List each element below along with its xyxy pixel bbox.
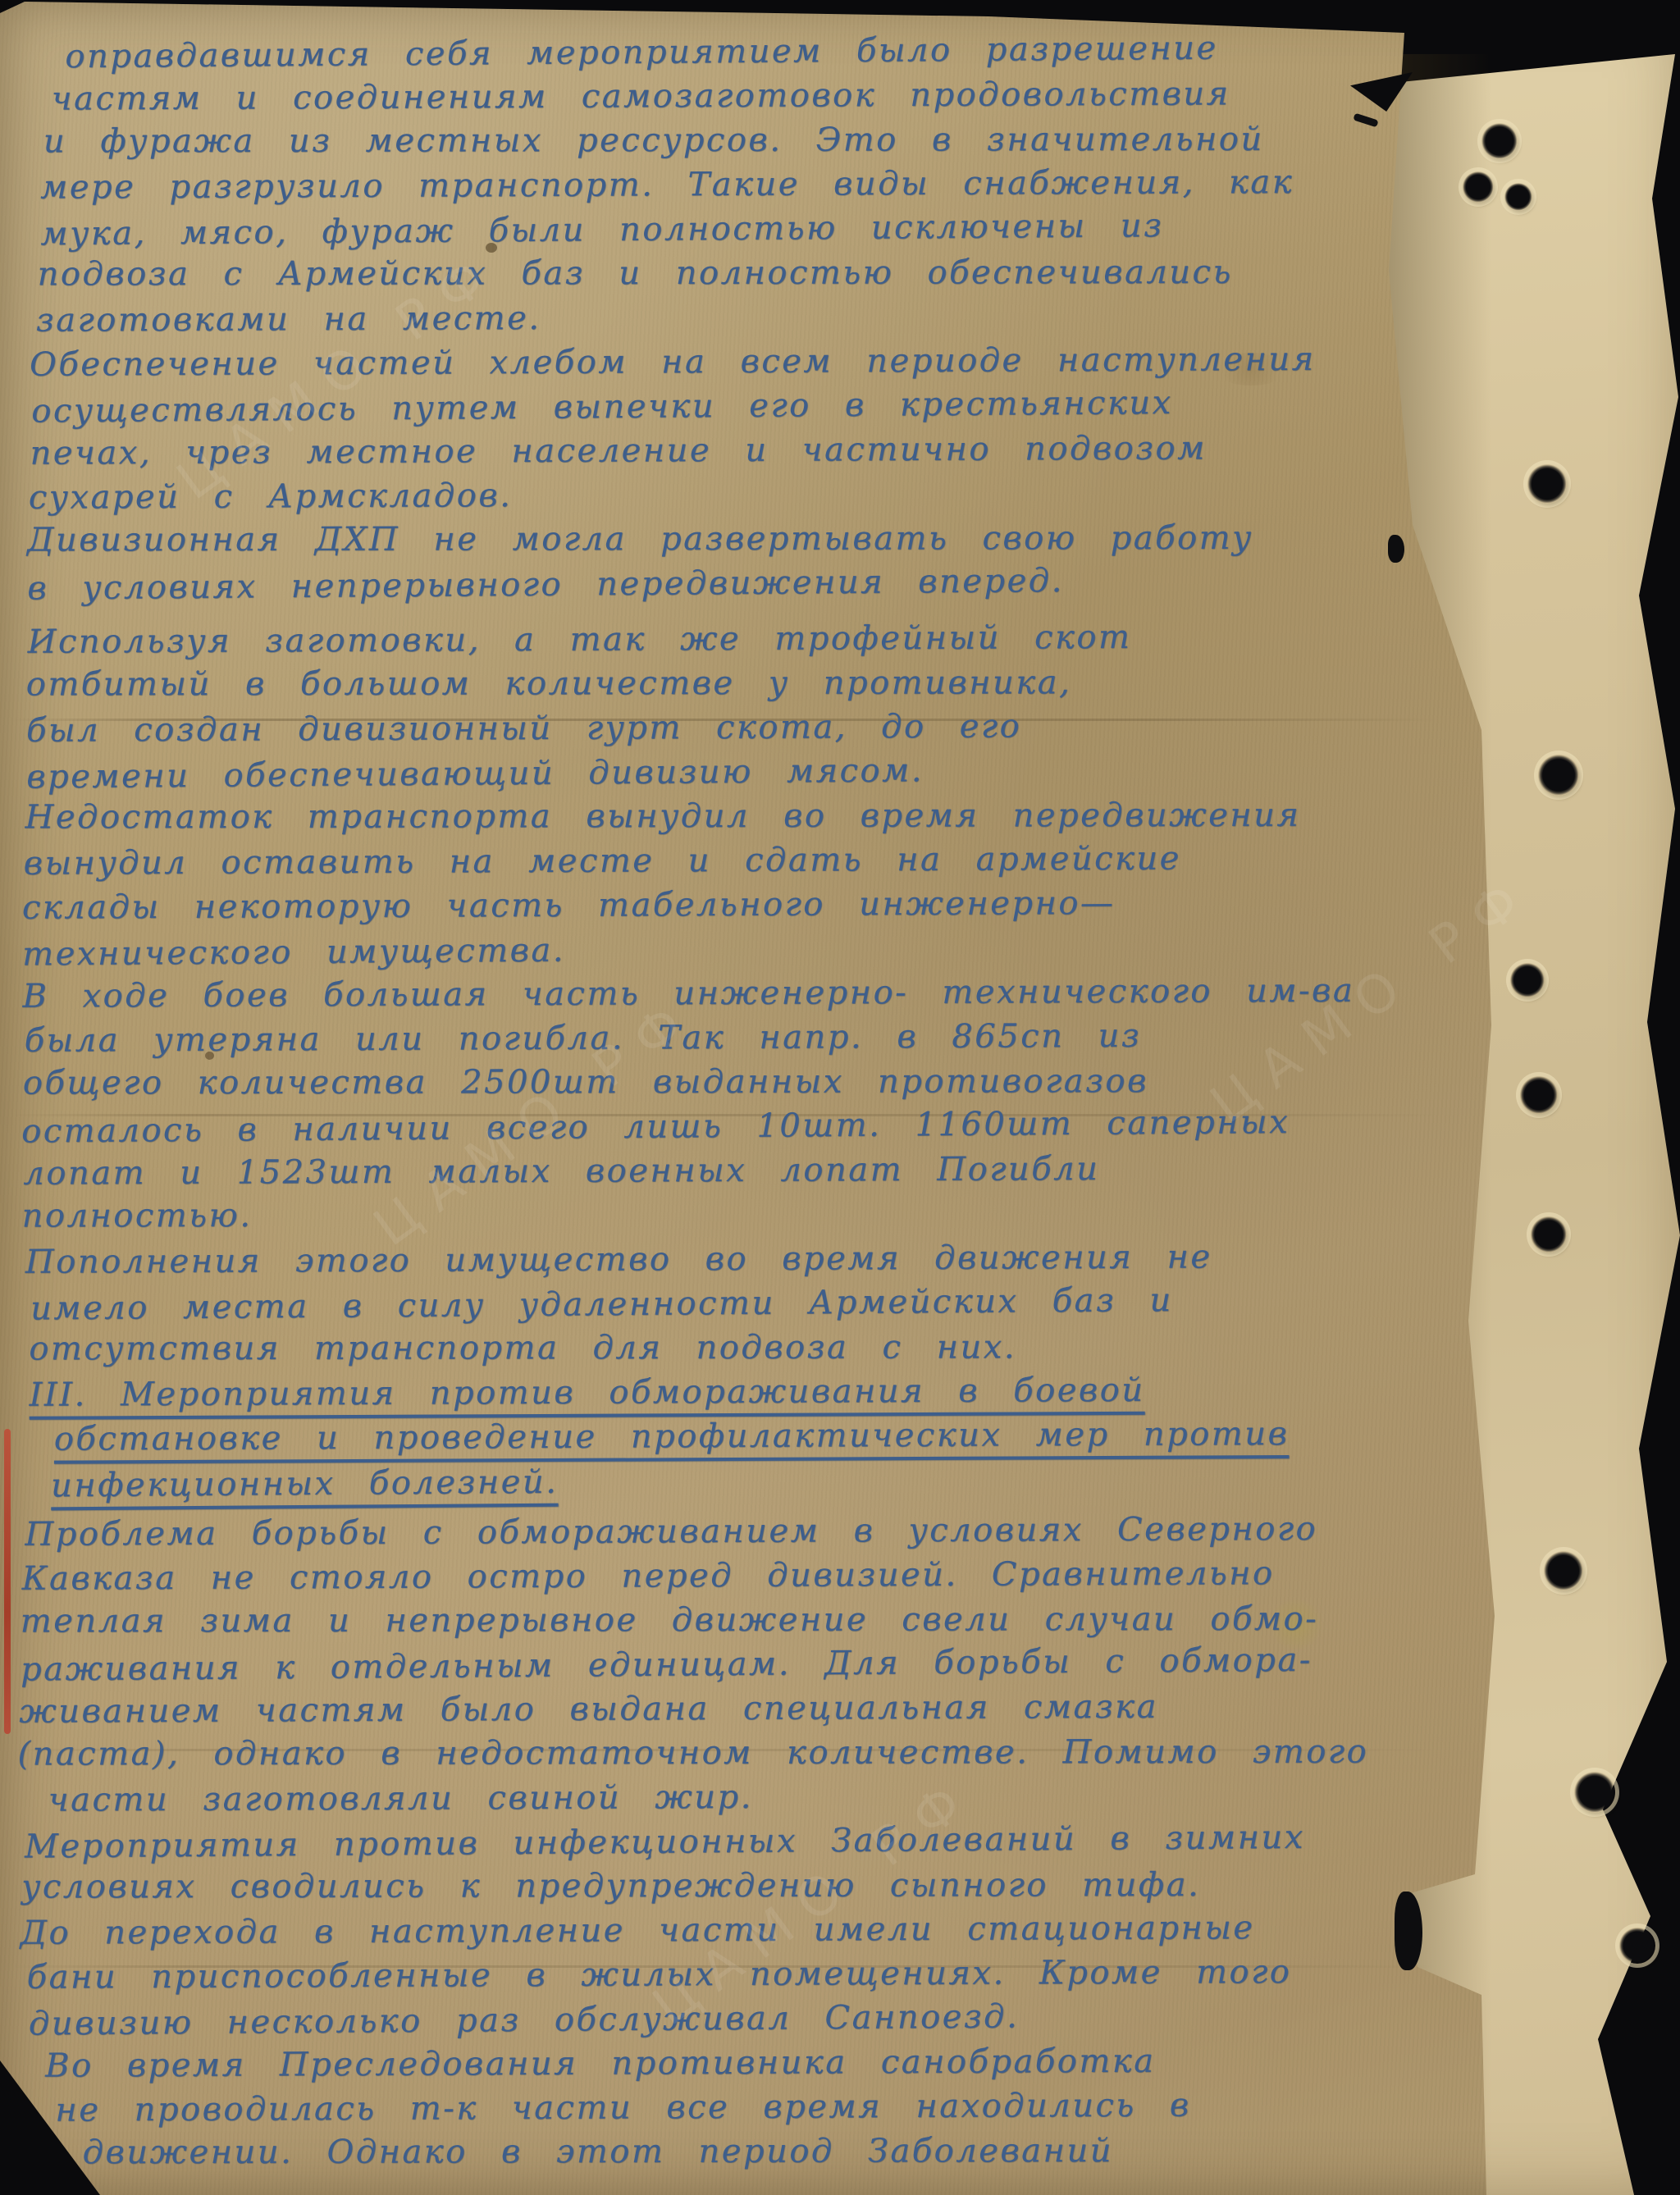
handwritten-line: не проводилась т-к части все время наход… bbox=[55, 2082, 1464, 2132]
handwritten-line: Мероприятия против инфекционных Заболева… bbox=[25, 1814, 1463, 1869]
handwritten-line: вынудил оставить на месте и сдать на арм… bbox=[24, 835, 1459, 886]
handwritten-line: До перехода в наступление части имели ст… bbox=[20, 1905, 1463, 1955]
binder-hole bbox=[1531, 1216, 1567, 1253]
handwritten-line: Используя заготовки, а так же трофейный … bbox=[27, 614, 1458, 664]
handwritten-line: частям и соединениям самозаготовок продо… bbox=[52, 71, 1456, 121]
handwritten-line: имело места в силу удаленности Армейских… bbox=[30, 1275, 1461, 1330]
handwritten-line: движении. Однако в этот период Заболеван… bbox=[83, 2128, 1465, 2174]
binder-hole bbox=[1527, 464, 1567, 504]
handwritten-line: В ходе боев большая часть инженерно- тех… bbox=[22, 968, 1459, 1019]
binder-hole bbox=[1538, 755, 1579, 796]
handwritten-line: заготовками на месте. bbox=[36, 292, 1457, 343]
edge-tear bbox=[1395, 1892, 1422, 1970]
binder-hole bbox=[1544, 1551, 1583, 1590]
handwritten-line: мука, мясо, фураж были полностью исключе… bbox=[40, 201, 1456, 256]
handwritten-line: печах, чрез местное население и частично… bbox=[30, 425, 1457, 476]
handwritten-line: времени обеспечивающий дивизию мясом. bbox=[26, 744, 1459, 799]
handwritten-line: Недостаток транспорта вынудил во время п… bbox=[25, 792, 1459, 839]
handwritten-line: общего количества 2500шт выданных против… bbox=[23, 1058, 1460, 1105]
handwritten-line: инфекционных болезней. bbox=[51, 1453, 1462, 1508]
handwritten-line: III. Мероприятия против обмораживания в … bbox=[29, 1367, 1461, 1417]
handwritten-line: отбитый в большом количестве у противник… bbox=[26, 659, 1459, 706]
binder-hole bbox=[1574, 1772, 1615, 1813]
handwritten-line: Во время Преследования противника санобр… bbox=[45, 2038, 1464, 2088]
handwritten-line: полностью. bbox=[22, 1191, 1461, 1238]
edge-tear bbox=[1388, 535, 1404, 563]
handwritten-line: живанием частям было выдана специальная … bbox=[19, 1683, 1463, 1734]
binder-hole bbox=[1520, 1076, 1558, 1114]
handwritten-line: отсутствия транспорта для подвоза с них. bbox=[29, 1324, 1461, 1371]
handwritten-line: оправдавшимся себя мероприятием было раз… bbox=[65, 24, 1455, 79]
handwritten-line: Дивизионная ДХП не могла развертывать св… bbox=[27, 515, 1458, 562]
handwritten-line: условиях сводились к предупреждению сыпн… bbox=[21, 1862, 1463, 1909]
handwritten-line: Кавказа не стояло остро перед дивизией. … bbox=[21, 1550, 1462, 1601]
handwritten-line: сухарей с Армскладов. bbox=[29, 469, 1458, 520]
handwritten-line: Проблема борьбы с обмораживанием в услов… bbox=[25, 1506, 1462, 1557]
red-margin-mark bbox=[4, 1429, 11, 1734]
binder-hole bbox=[1504, 183, 1532, 211]
binder-hole bbox=[1510, 963, 1545, 997]
handwriting-layer: оправдавшимся себя мероприятием было раз… bbox=[0, 26, 1465, 2177]
handwritten-line: подвоза с Армейских баз и полностью обес… bbox=[38, 249, 1457, 296]
handwritten-line: и фуража из местных рессурсов. Это в зна… bbox=[43, 116, 1456, 163]
archival-document-scan: оправдавшимся себя мероприятием было раз… bbox=[0, 0, 1680, 2195]
handwritten-line: в условиях непрерывного передвижения впе… bbox=[27, 555, 1458, 610]
handwritten-line: лопат и 1523шт малых военных лопат Погиб… bbox=[23, 1145, 1460, 1196]
binder-hole bbox=[1481, 123, 1518, 159]
binder-hole bbox=[1463, 171, 1494, 203]
handwritten-line: теплая зима и непрерывное движение свели… bbox=[21, 1596, 1463, 1643]
binder-hole bbox=[1619, 1928, 1655, 1964]
handwritten-line: была утеряна или погибла. Так напр. в 86… bbox=[25, 1012, 1460, 1063]
handwritten-line: (паста), однако в недостаточном количест… bbox=[17, 1729, 1463, 1776]
